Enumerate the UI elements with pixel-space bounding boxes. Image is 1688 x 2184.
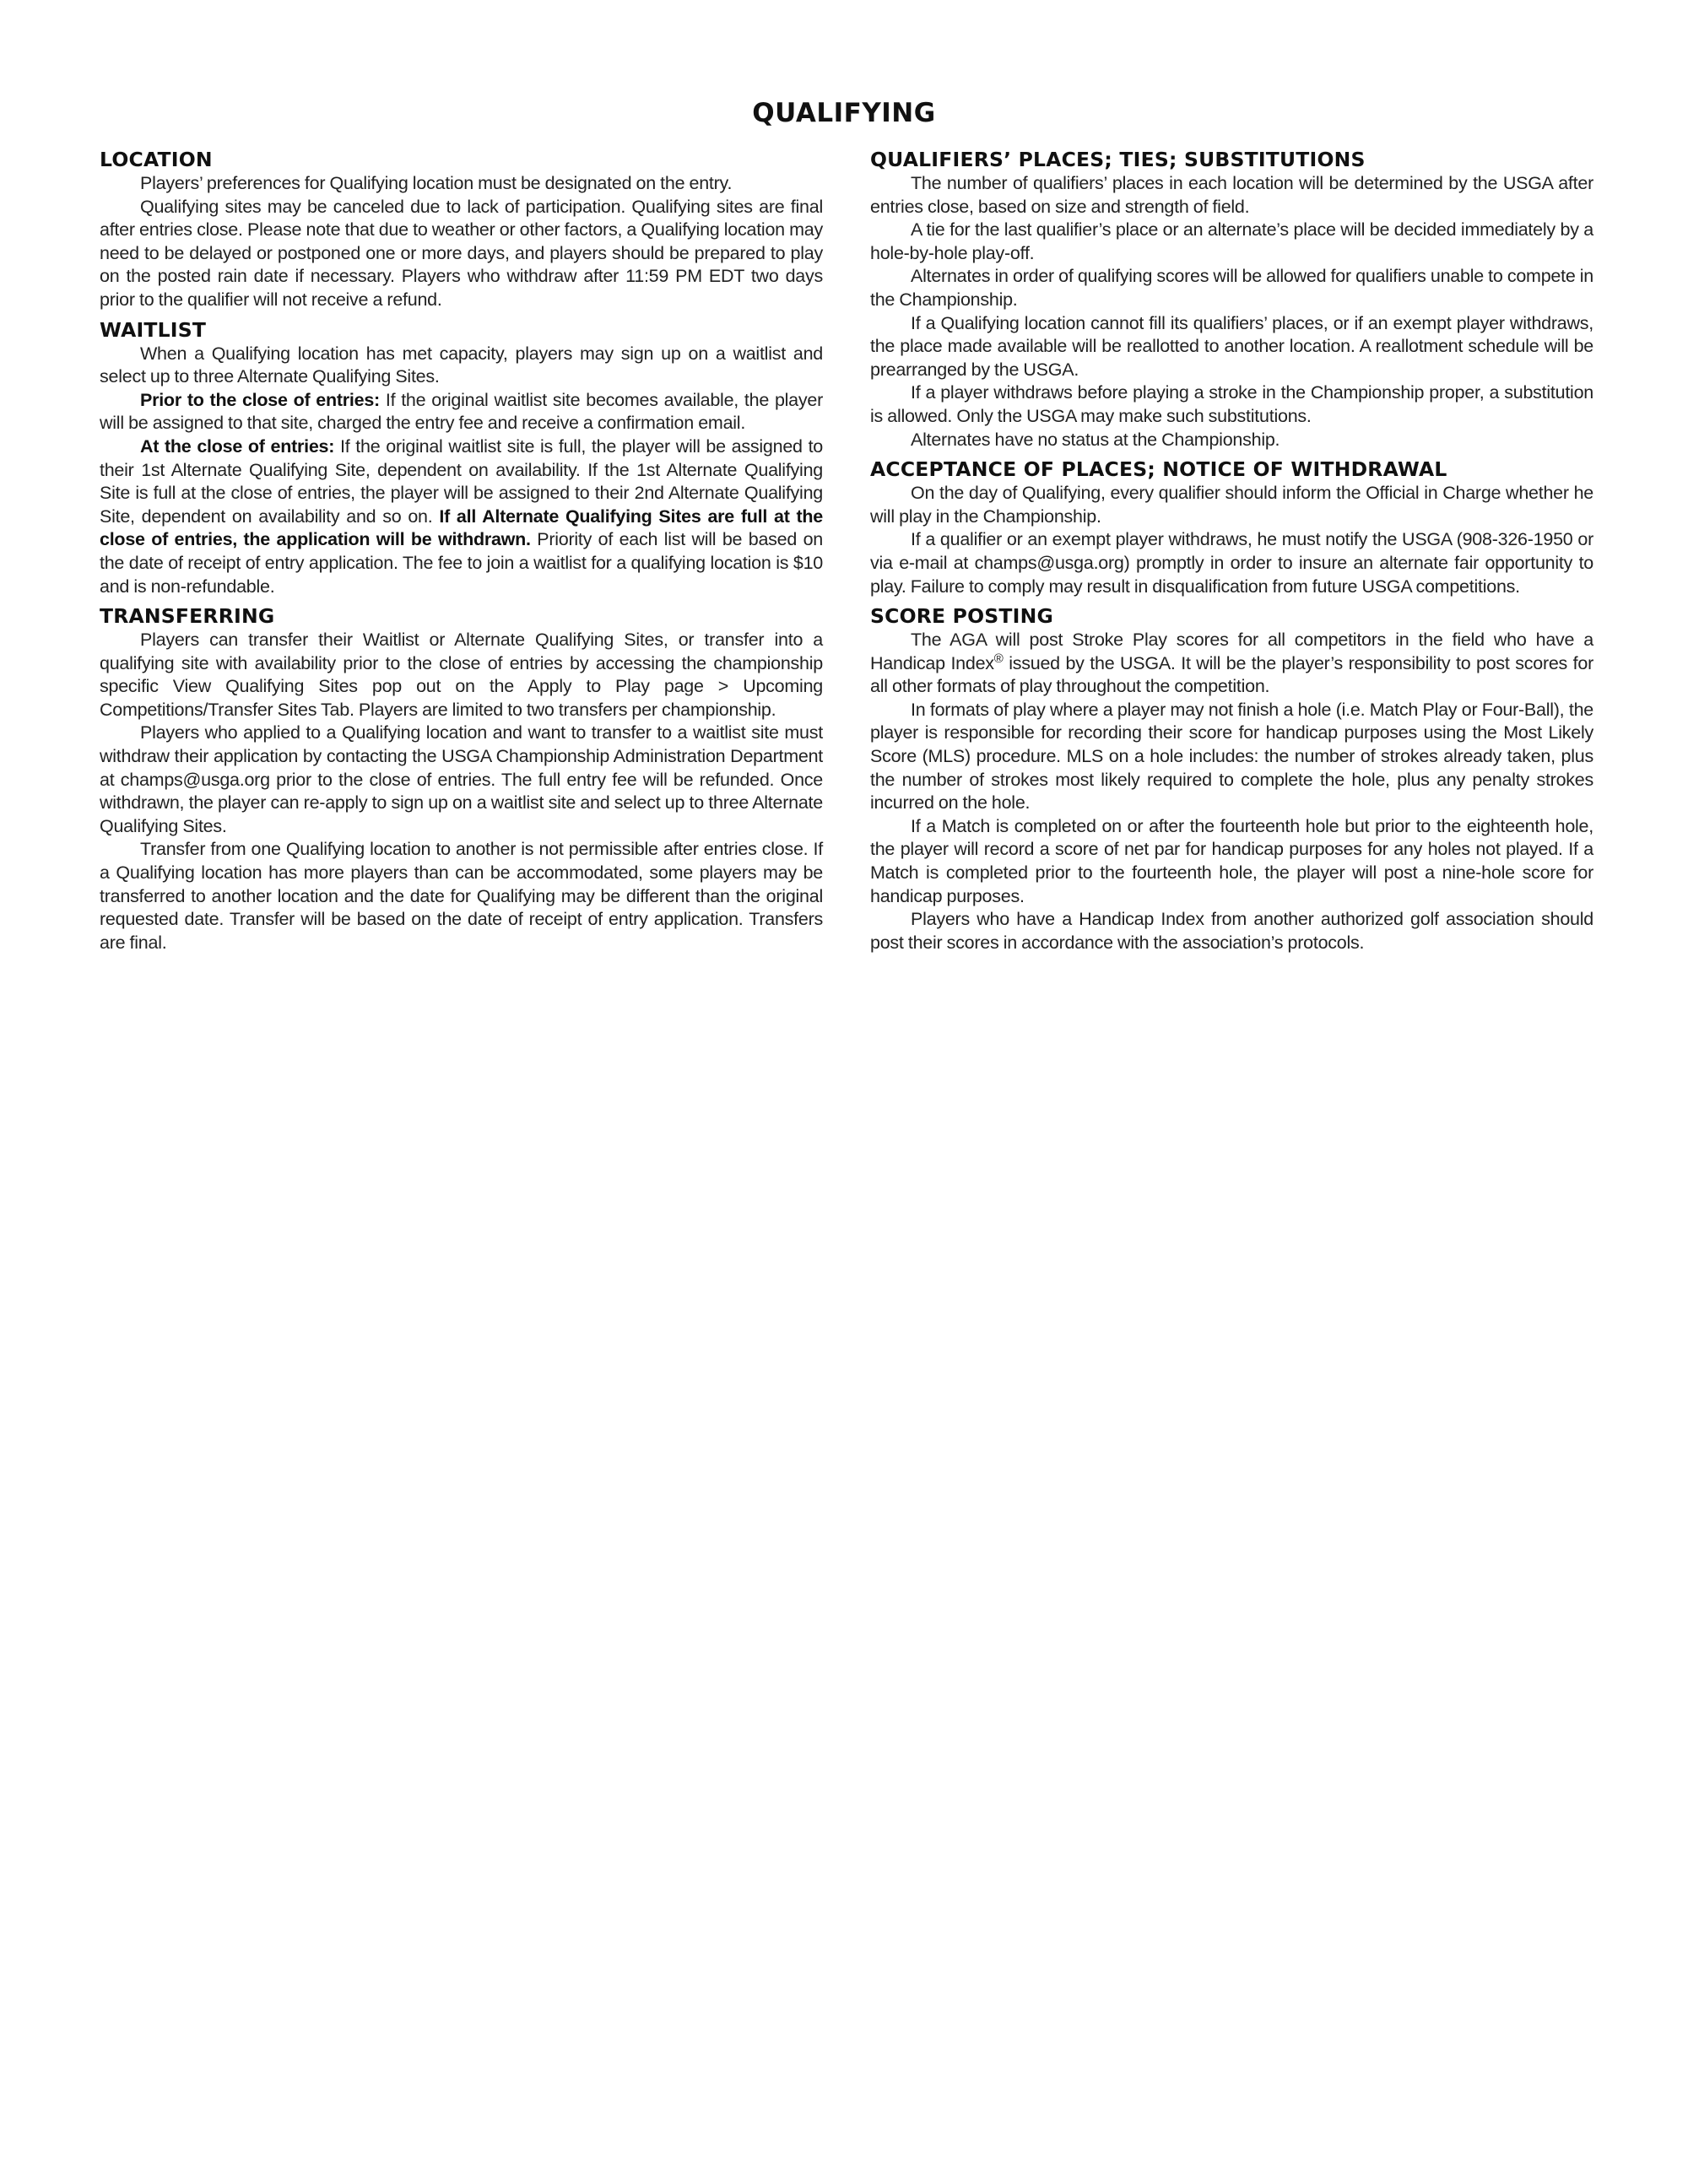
paragraph: Players’ preferences for Qualifying loca…: [100, 172, 823, 196]
paragraph: Qualifying sites may be canceled due to …: [100, 196, 823, 312]
paragraph: If a Match is completed on or after the …: [870, 815, 1593, 908]
paragraph: The AGA will post Stroke Play scores for…: [870, 629, 1593, 699]
paragraph: On the day of Qualifying, every qualifie…: [870, 482, 1593, 528]
paragraph: If a Qualifying location cannot fill its…: [870, 312, 1593, 382]
left-column: LOCATION Players’ preferences for Qualif…: [100, 147, 823, 960]
section-qualifiers-places: QUALIFIERS’ PLACES; TIES; SUBSTITUTIONS …: [870, 147, 1593, 451]
paragraph: Players can transfer their Waitlist or A…: [100, 629, 823, 722]
paragraph: The number of qualifiers’ places in each…: [870, 172, 1593, 219]
section-waitlist: WAITLIST When a Qualifying location has …: [100, 317, 823, 599]
paragraph: At the close of entries: If the original…: [100, 435, 823, 598]
bold-lead-in: At the close of entries:: [140, 436, 334, 457]
page-title: QUALIFYING: [0, 98, 1688, 128]
bold-lead-in: Prior to the close of entries:: [140, 390, 380, 410]
right-column: QUALIFIERS’ PLACES; TIES; SUBSTITUTIONS …: [870, 147, 1593, 960]
section-transferring: TRANSFERRING Players can transfer their …: [100, 603, 823, 954]
paragraph: Transfer from one Qualifying location to…: [100, 838, 823, 954]
section-heading-score-posting: SCORE POSTING: [870, 603, 1593, 629]
paragraph: Alternates have no status at the Champio…: [870, 429, 1593, 452]
registered-mark-icon: ®: [994, 651, 1004, 666]
paragraph: If a qualifier or an exempt player withd…: [870, 528, 1593, 598]
section-acceptance: ACCEPTANCE OF PLACES; NOTICE OF WITHDRAW…: [870, 457, 1593, 598]
paragraph: A tie for the last qualifier’s place or …: [870, 219, 1593, 265]
section-score-posting: SCORE POSTING The AGA will post Stroke P…: [870, 603, 1593, 954]
paragraph: Players who applied to a Qualifying loca…: [100, 722, 823, 838]
section-heading-transferring: TRANSFERRING: [100, 603, 823, 629]
section-location: LOCATION Players’ preferences for Qualif…: [100, 147, 823, 312]
section-heading-location: LOCATION: [100, 147, 823, 172]
section-heading-qualifiers-places: QUALIFIERS’ PLACES; TIES; SUBSTITUTIONS: [870, 147, 1593, 172]
section-heading-waitlist: WAITLIST: [100, 317, 823, 343]
paragraph: If a player withdraws before playing a s…: [870, 381, 1593, 428]
paragraph: Alternates in order of qualifying scores…: [870, 265, 1593, 311]
paragraph: Players who have a Handicap Index from a…: [870, 908, 1593, 954]
section-heading-acceptance: ACCEPTANCE OF PLACES; NOTICE OF WITHDRAW…: [870, 457, 1593, 482]
paragraph: In formats of play where a player may no…: [870, 699, 1593, 815]
paragraph: Prior to the close of entries: If the or…: [100, 389, 823, 435]
paragraph: When a Qualifying location has met capac…: [100, 343, 823, 389]
